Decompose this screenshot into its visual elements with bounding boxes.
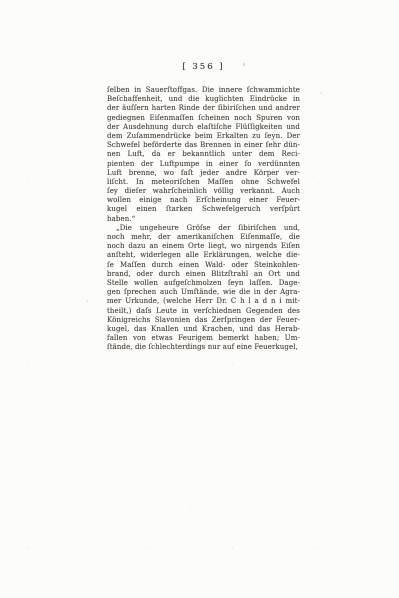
scan-speck <box>243 63 245 66</box>
text-line: haben.“ <box>107 215 300 224</box>
text-line: mer Urkunde, (welche Herr Dr. C h l a d … <box>107 297 300 306</box>
text-line: Beſchaffenheit, und die kuglichten Eindr… <box>107 95 300 104</box>
text-line: noch mehr, der amerikaniſchen Eiſenmaſſe… <box>107 233 300 242</box>
text-line: ſelben in Sauerſtoffgas. Die innere ſchw… <box>107 86 300 95</box>
text-line: ſe Maſſen durch einen Wald- oder Steinko… <box>107 261 300 270</box>
scan-speck <box>86 300 88 302</box>
text-line: Stelle wollen aufgeſchmolzen ſeyn laſſen… <box>107 279 300 288</box>
text-line: noch dazu an einem Orte liegt, wo nirgen… <box>107 242 300 251</box>
body-text-block: ſelben in Sauerſtoffgas. Die innere ſchw… <box>107 86 300 352</box>
text-line: theilt,) daſs Leute in verſchiednen Gege… <box>107 307 300 316</box>
text-line: „Die ungeheure Gröſse der ſibiriſchen un… <box>107 224 300 233</box>
text-line: wollen einige nach Erſcheinung einer Feu… <box>107 196 300 205</box>
text-line: der äuſſern harten Rinde der ſibiriſchen… <box>107 104 300 113</box>
paragraph: ſelben in Sauerſtoffgas. Die innere ſchw… <box>107 86 300 224</box>
text-line: kugel einen ſtarken Schwefelgeruch verſp… <box>107 205 300 214</box>
text-line: anſteht, widerlegen alle Erklärungen, we… <box>107 251 300 260</box>
text-line: fallen von etwas Feurigem bemerkt haben;… <box>107 334 300 343</box>
text-line: kugel, das Knallen und Krachen, und das … <box>107 325 300 334</box>
text-line: pienten der Luftpumpe in einer ſo verdün… <box>107 160 300 169</box>
text-line: liſcht. In meteoriſchen Maſſen ohne Schw… <box>107 178 300 187</box>
text-line: gen ſprechen auch Umſtände, wie die in d… <box>107 288 300 297</box>
text-line: ſey dieſer wahrſcheinlich völlig verkann… <box>107 187 300 196</box>
text-line: der Ausdehnung durch elaſtiſche Flüſſigk… <box>107 123 300 132</box>
scanned-book-page: { "document": { "header": { "folio": "[ … <box>0 0 399 598</box>
text-line: dem Zuſammendrücke beim Erkalten zu ſeyn… <box>107 132 300 141</box>
text-line: nen Luft, da er bekanntlich unter dem Re… <box>107 150 300 159</box>
text-line: brand, oder durch einen Blitzſtrahl an O… <box>107 270 300 279</box>
text-line: Luft brenne, wo faſt jeder andre Körper … <box>107 169 300 178</box>
text-line: Königreichs Slavonien das Zerſpringen de… <box>107 316 300 325</box>
paragraph: „Die ungeheure Gröſse der ſibiriſchen un… <box>107 224 300 353</box>
text-line: ſtände, die ſchlechterdings nur auf eine… <box>107 343 300 352</box>
text-line: Schwefel beförderte das Brennen in einer… <box>107 141 300 150</box>
page-number-folio: [ 356 ] <box>107 62 300 72</box>
text-line: gediegnen Eiſenmaſſen ſcheinen noch Spur… <box>107 114 300 123</box>
scan-speck <box>320 92 322 94</box>
